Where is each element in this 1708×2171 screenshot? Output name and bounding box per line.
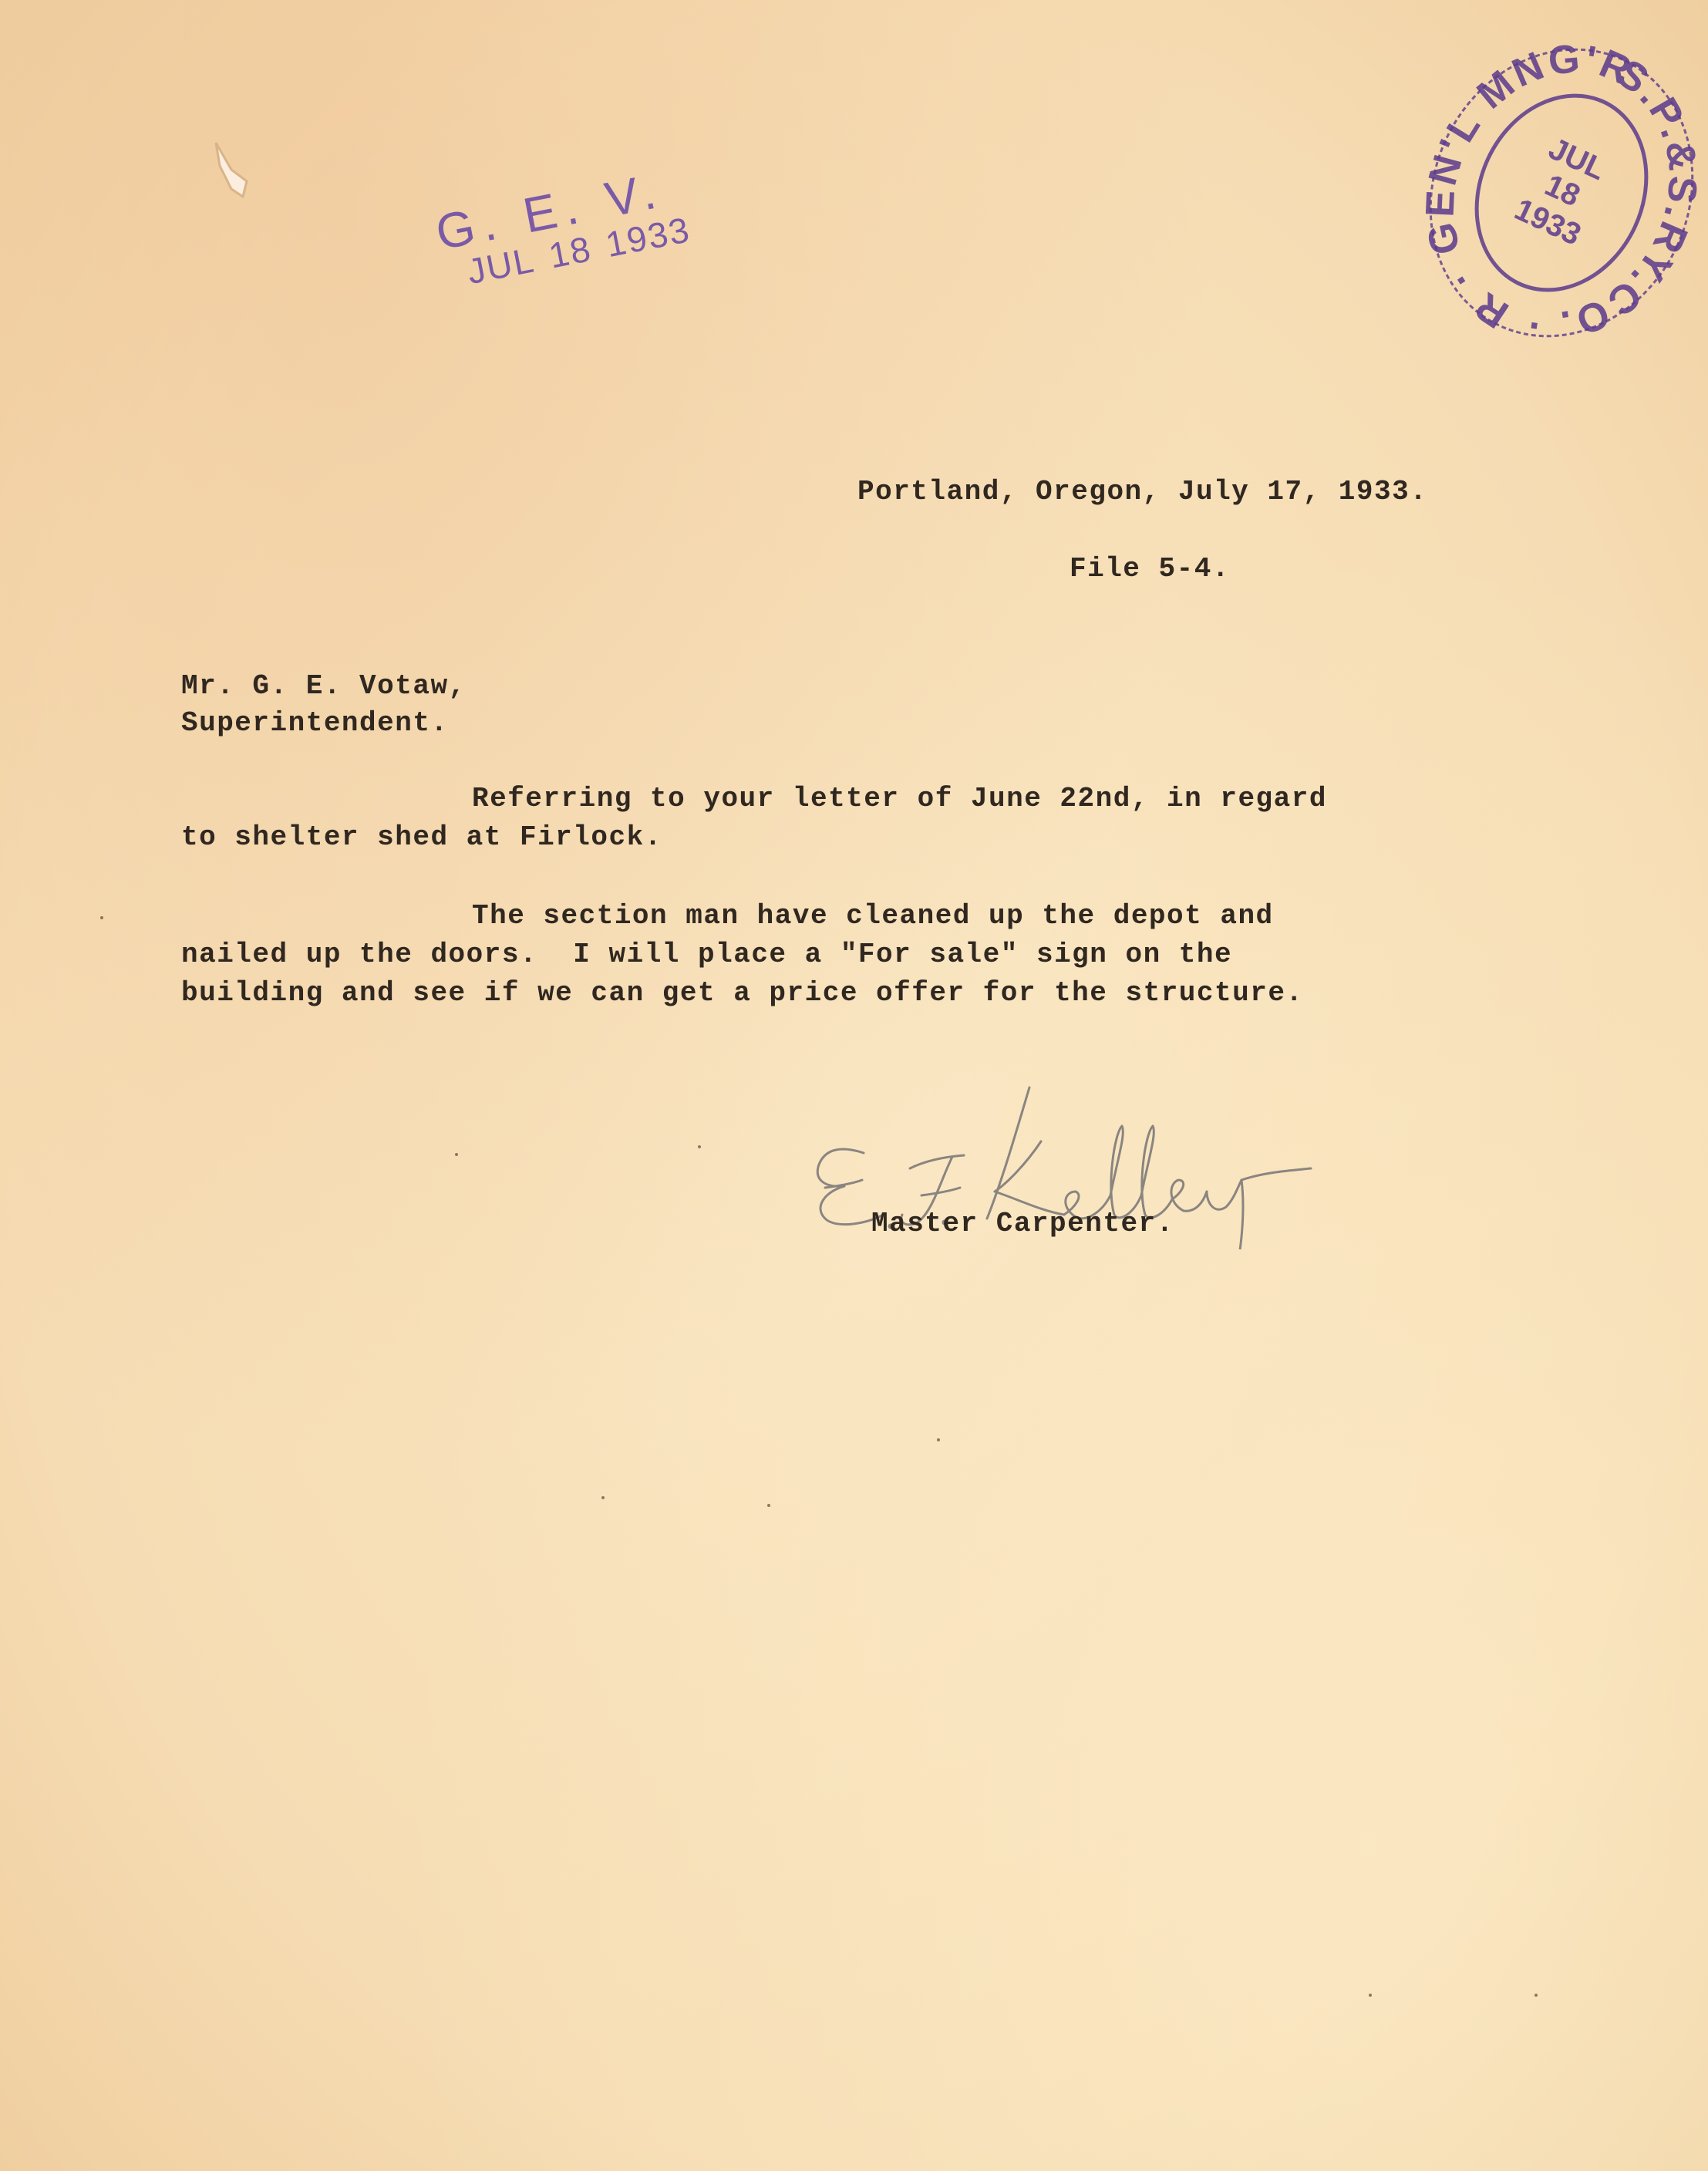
paper-speck bbox=[601, 1496, 605, 1499]
paragraph-2-line-3: building and see if we can get a price o… bbox=[181, 978, 1304, 1009]
paper-speck bbox=[455, 1153, 458, 1156]
paper-speck bbox=[767, 1504, 770, 1507]
letter-page: G. E. V. JUL181933 S.P.&S.RY.CO. · R · G… bbox=[0, 0, 1708, 2171]
date-line: Portland, Oregon, July 17, 1933. bbox=[857, 477, 1427, 507]
paper-speck bbox=[100, 916, 103, 919]
paragraph-1-line-1: Referring to your letter of June 22nd, i… bbox=[472, 784, 1327, 814]
paper-speck bbox=[937, 1438, 940, 1441]
signer-title: Master Carpenter. bbox=[871, 1209, 1174, 1239]
recipient-title: Superintendent. bbox=[181, 708, 449, 739]
paper-speck bbox=[1369, 1994, 1372, 1997]
paper-speck bbox=[1535, 1994, 1538, 1997]
staple-mark-icon bbox=[208, 135, 262, 204]
paper-speck bbox=[698, 1145, 701, 1148]
paragraph-2-line-2: nailed up the doors. I will place a "For… bbox=[181, 939, 1232, 970]
recipient-name: Mr. G. E. Votaw, bbox=[181, 671, 467, 702]
paragraph-2-line-1: The section man have cleaned up the depo… bbox=[472, 901, 1274, 932]
paragraph-1-line-2: to shelter shed at Firlock. bbox=[181, 822, 662, 853]
received-stamp: G. E. V. JUL181933 bbox=[432, 157, 709, 294]
office-stamp: S.P.&S.RY.CO. · R · GEN'L MNG'R JUL 18 1… bbox=[1374, 0, 1708, 389]
file-reference: File 5-4. bbox=[1070, 554, 1230, 585]
